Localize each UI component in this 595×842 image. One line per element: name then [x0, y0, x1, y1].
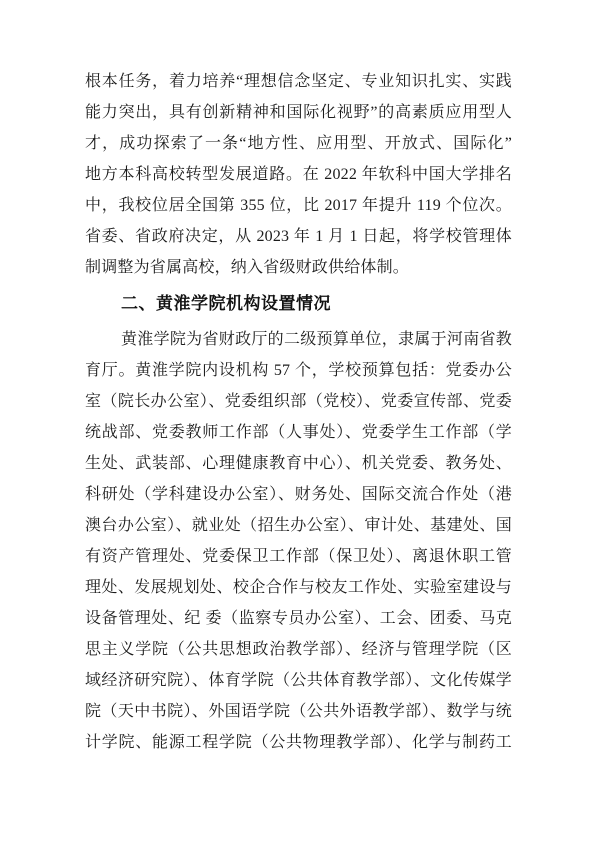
text-line: 室（院长办公室）、党委组织部（党校）、党委宣传部、党委: [85, 386, 512, 417]
text-line: 域经济研究院）、体育学院（公共体育教学部）、文化传媒学: [85, 665, 512, 696]
text-line: 理处、发展规划处、校企合作与校友工作处、实验室建设与: [85, 572, 512, 603]
paragraph-2: 黄淮学院为省财政厅的二级预算单位，隶属于河南省教 育厅。黄淮学院内设机构 57 …: [85, 324, 512, 758]
text-line: 中，我校位居全国第 355 位，比 2017 年提升 119 个位次。: [85, 190, 512, 221]
text-line: 生处、武装部、心理健康教育中心）、机关党委、教务处、: [85, 448, 512, 479]
section-heading: 二、黄淮学院机构设置情况: [85, 288, 512, 319]
text-line: 地方本科高校转型发展道路。在 2022 年软科中国大学排名: [85, 159, 512, 190]
document-page: 根本任务，着力培养“理想信念坚定、专业知识扎实、实践 能力突出，具有创新精神和国…: [0, 0, 595, 842]
text-line: 统战部、党委教师工作部（人事处）、党委学生工作部（学: [85, 417, 512, 448]
text-line: 计学院、能源工程学院（公共物理教学部）、化学与制药工: [85, 727, 512, 758]
text-line: 设备管理处、纪 委（监察专员办公室）、工会、团委、马克: [85, 603, 512, 634]
text-line: 黄淮学院为省财政厅的二级预算单位，隶属于河南省教: [85, 324, 512, 355]
text-line: 思主义学院（公共思想政治教学部）、经济与管理学院（区: [85, 634, 512, 665]
paragraph-1: 根本任务，着力培养“理想信念坚定、专业知识扎实、实践 能力突出，具有创新精神和国…: [85, 66, 512, 283]
text-line: 有资产管理处、党委保卫工作部（保卫处）、离退休职工管: [85, 541, 512, 572]
text-line: 科研处（学科建设办公室）、财务处、国际交流合作处（港: [85, 479, 512, 510]
text-line: 才，成功探索了一条“地方性、应用型、开放式、国际化”: [85, 128, 512, 159]
text-line: 澳台办公室）、就业处（招生办公室）、审计处、基建处、国: [85, 510, 512, 541]
text-line: 育厅。黄淮学院内设机构 57 个，学校预算包括：党委办公: [85, 355, 512, 386]
text-line: 院（天中书院）、外国语学院（公共外语教学部）、数学与统: [85, 696, 512, 727]
text-line: 根本任务，着力培养“理想信念坚定、专业知识扎实、实践: [85, 66, 512, 97]
text-line: 制调整为省属高校，纳入省级财政供给体制。: [85, 252, 512, 283]
text-line: 能力突出，具有创新精神和国际化视野”的高素质应用型人: [85, 97, 512, 128]
text-line: 省委、省政府决定，从 2023 年 1 月 1 日起，将学校管理体: [85, 221, 512, 252]
